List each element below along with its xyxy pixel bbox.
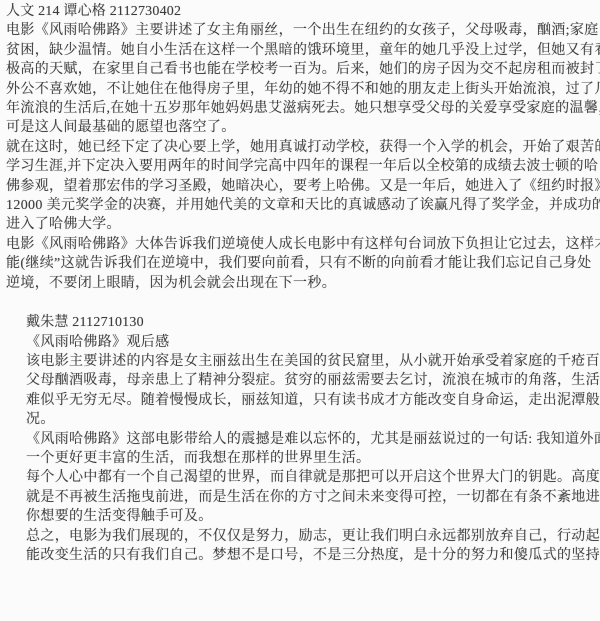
text-line: 父母酗酒吸毒，母亲患上了精神分裂症。贫穷的丽兹需要去乞讨，流浪在城市的角落，生活… <box>26 371 600 390</box>
text-line: 就是不再被生活拖曳前进，而是生活在你的方寸之间未来变得可控，一切都在有条不紊地进… <box>26 488 600 507</box>
text-line: 极高的天赋，在家里自己看书也能在学校考一百为。后来，她们的房子因为交不起房租而被… <box>6 60 600 79</box>
text-line: 能(继续”这就告诉我们在逆境中，我们要向前看，只有不断的向前看才能让我们忘记自己… <box>6 254 600 273</box>
text-line: 进入了哈佛大学。 <box>6 215 600 234</box>
text-line: 学习生涯,并下定决入要用两年的时间学完高中四年的课程一年后以全校第的成绩去波士顿… <box>6 157 600 176</box>
text-line: 电影《风雨哈佛路》主要讲述了女主角丽丝，一个出生在纽约的女孩子，父母吸毒，酗酒;… <box>6 21 600 40</box>
text-line: 年流浪的生活后,在她十五岁那年她妈妈患艾滋病死去。她只想享受父母的关爱享受家庭的… <box>6 99 600 118</box>
author-line: 戴朱慧 2112710130 <box>26 313 600 332</box>
review-section-2: 戴朱慧 2112710130 《风雨哈佛路》观后感 该电影主要讲述的内容是女主丽… <box>0 313 600 565</box>
text-line: 总之，电影为我们展现的，不仅仅是努力，励志，更让我们明白永远都别放弃自己，行动起… <box>26 527 600 546</box>
text-line: 12000 美元奖学金的决赛，并用她代美的文章和天比的真诚感动了诶赢凡得了奖学金… <box>6 196 600 215</box>
text-line: 一个更好更丰富的生活，而我想在那样的世界里生活。 <box>26 449 600 468</box>
text-line: 外公不喜欢她，不让她住在他得房子里，年幼的她不得不和她的朋友走上街头开始流浪，过… <box>6 80 600 99</box>
text-line: 能改变生活的只有我们自己。梦想不是口号，不是三分热度，是十分的努力和傻瓜式的坚持… <box>26 546 600 565</box>
text-line: 贫困，缺少温情。她自小生活在这样一个黑暗的饿环境里，童年的她几乎没上过学，但她又… <box>6 41 600 60</box>
document-page: 人文 214 谭心格 2112730402 电影《风雨哈佛路》主要讲述了女主角丽… <box>0 0 600 621</box>
author-line: 人文 214 谭心格 2112730402 <box>6 2 600 21</box>
text-line: 可是这人间最基础的愿望也落空了。 <box>6 118 600 137</box>
text-line: 难似乎无穷无尽。随着慢慢成长，丽兹知道，只有读书成才方能改变自身命运，走出泥潭般… <box>26 391 600 410</box>
text-line: 佛参观，望着那宏伟的学习圣殿，她暗决心，要考上哈佛。又是一年后，她进入了《纽约时… <box>6 177 600 196</box>
text-line: 电影《风雨哈佛路》大体告诉我们逆境使人成长电影中有这样句台词放下负担让它过去，这… <box>6 235 600 254</box>
text-line: 你想要的生活变得触手可及。 <box>26 507 600 526</box>
review-section-1: 人文 214 谭心格 2112730402 电影《风雨哈佛路》主要讲述了女主角丽… <box>0 0 600 293</box>
text-line: 《风雨哈佛路》这部电影带给人的震撼是难以忘怀的，尤其是丽兹说过的一句话: 我知道… <box>26 430 600 449</box>
text-line: 每个人心中都有一个自己渴望的世界，而自律就是那把可以开启这个世界大门的钥匙。高度… <box>26 468 600 487</box>
review-title: 《风雨哈佛路》观后感 <box>26 333 600 352</box>
text-line: 况。 <box>26 410 600 429</box>
text-line: 该电影主要讲述的内容是女主丽兹出生在美国的贫民窟里，从小就开始承受着家庭的千疮百… <box>26 352 600 371</box>
text-line: 就在这时，她已经下定了决心要上学，她用真诚打动学校，获得一个入学的机会，开始了艰… <box>6 138 600 157</box>
text-line: 逆境，不要闭上眼睛，因为机会就会出现在下一秒。 <box>6 274 600 293</box>
